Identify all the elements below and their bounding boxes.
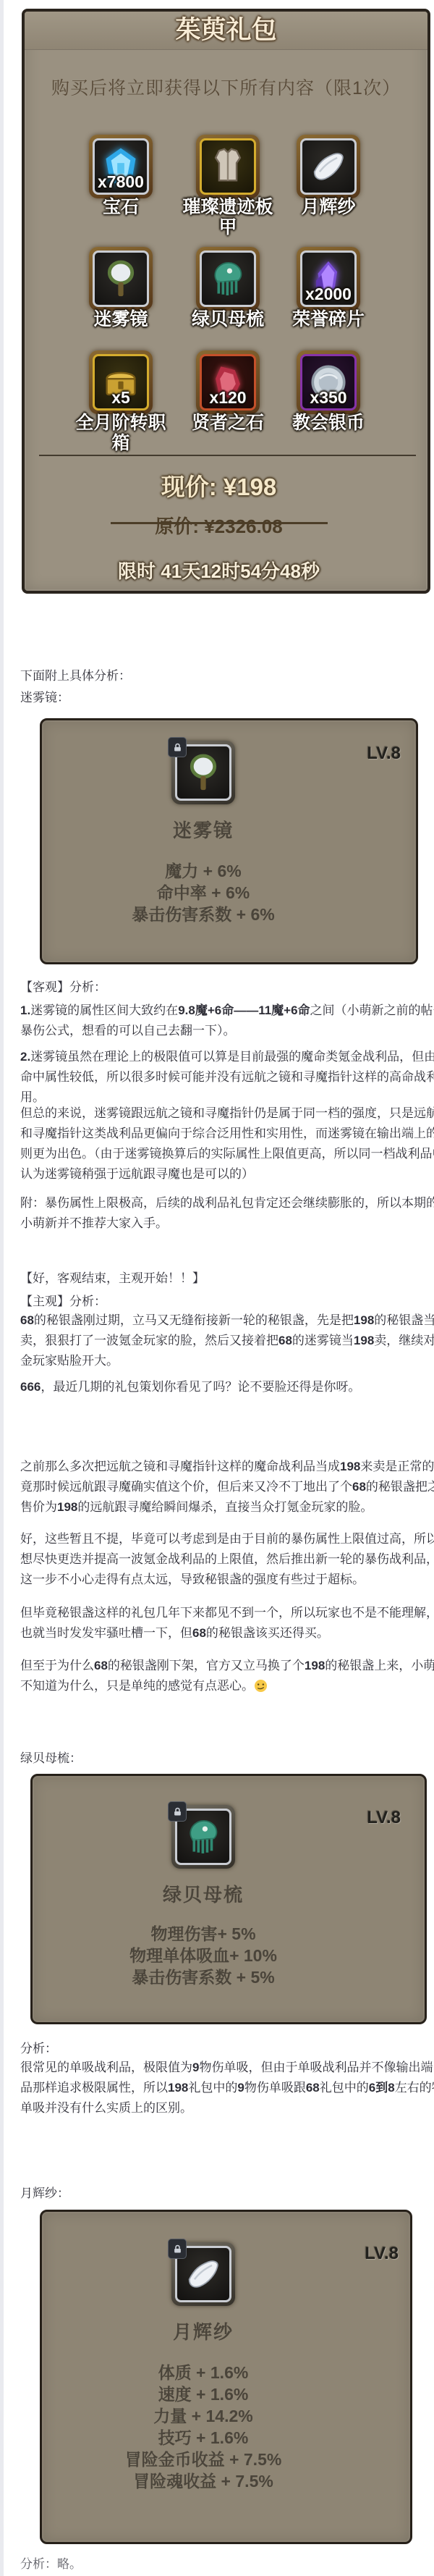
section-heading-green-comb: 绿贝母梳：: [20, 1748, 434, 1769]
gift-item-cloth[interactable]: 月辉纱: [278, 135, 379, 251]
lock-icon: [168, 737, 187, 757]
moon-veil-item-icon: [171, 2242, 235, 2306]
item-name: 迷雾镜: [71, 309, 171, 329]
item-stats: 体质 + 1.6%速度 + 1.6%力量 + 14.2%技巧 + 1.6%冒险金…: [42, 2362, 365, 2492]
smirk-emoji: [254, 1679, 268, 1693]
strikethrough-line: [111, 522, 328, 524]
section-heading-mist-mirror: 迷雾镜：: [20, 688, 434, 708]
armor-icon: [196, 135, 260, 198]
divider: [39, 455, 416, 456]
transition-heading: 【好，客观结束，主观开始！！】: [20, 1268, 434, 1289]
item-name: 全月阶转职箱: [71, 413, 171, 453]
stat-line: 技巧 + 1.6%: [42, 2427, 365, 2449]
time-limit: 限时 41天12时54分48秒: [25, 557, 413, 584]
gift-pack-screenshot[interactable]: 茱萸礼包 购买后将立即获得以下所有内容（限1次） x7800宝石璀璨遗迹板甲月辉…: [22, 9, 430, 594]
subjective-heading: 【主观】分析：: [20, 1292, 434, 1312]
stat-line: 冒险魂收益 + 7.5%: [42, 2470, 365, 2492]
stat-line: 暴击伤害系数 + 5%: [33, 1966, 374, 1988]
item-name: 绿贝母梳: [178, 309, 278, 329]
stat-line: 暴击伤害系数 + 6%: [42, 904, 365, 925]
stat-line: 体质 + 1.6%: [42, 2362, 365, 2383]
paragraph: 很常见的单吸战利品，极限值为9物伤单吸，但由于单吸战利品并不像输出端战利品那样追…: [20, 2058, 434, 2118]
item-card-green-comb[interactable]: LV.8 绿贝母梳 物理伤害+ 5%物理单体吸血+ 10%暴击伤害系数 + 5%: [30, 1774, 427, 2024]
item-stats: 物理伤害+ 5%物理单体吸血+ 10%暴击伤害系数 + 5%: [33, 1923, 374, 1988]
paragraph: 但总的来说，迷雾镜跟远航之镜和寻魔指针仍是属于同一档的强度，只是远航之镜和寻魔指…: [20, 1103, 434, 1184]
original-price-text: 原价: ¥2326.08: [155, 515, 282, 537]
gift-item-crystal[interactable]: x2000荣誉碎片: [278, 247, 379, 363]
item-name: 教会银币: [278, 413, 378, 433]
paragraph: 2.迷雾镜虽然在理论上的极限值可以算是目前最强的魔命类氪金战利品，但由于其命中属…: [20, 1047, 434, 1108]
stat-line: 物理单体吸血+ 10%: [33, 1945, 374, 1966]
item-stats: 魔力 + 6%命中率 + 6%暴击伤害系数 + 6%: [42, 860, 365, 925]
item-count: x2000: [278, 285, 379, 304]
stat-line: 速度 + 1.6%: [42, 2383, 365, 2405]
section-heading-moon-veil: 月辉纱：: [20, 2184, 434, 2204]
item-count: x7800: [70, 172, 171, 192]
paragraph: 附：暴伤属性上限极高，后续的战利品礼包肯定还会继续膨胀的，所以本期的礼包小萌新并…: [20, 1193, 434, 1234]
green-comb-item-icon: [171, 1805, 235, 1869]
item-count: x120: [177, 388, 278, 408]
paragraph: 但至于为什么68的秘银盏刚下架，官方又立马换了个198的秘银盏上来，小萌新也不知…: [20, 1656, 434, 1696]
stat-line: 物理伤害+ 5%: [33, 1923, 374, 1945]
item-name: 宝石: [71, 197, 171, 217]
paragraph: 但毕竟秘银盏这样的礼包几年下来都见不到一个，所以玩家也不是不能理解，顶多也就当时…: [20, 1603, 434, 1643]
item-name: 迷雾镜: [42, 816, 365, 843]
item-name: 绿贝母梳: [33, 1880, 374, 1907]
comb-icon: [196, 247, 260, 311]
paragraph: 666，最近几期的礼包策划你看见了吗？论不要脸还得是你呀。: [20, 1377, 434, 1397]
gift-pack-titlebar: 茱萸礼包: [25, 12, 427, 50]
gift-item-chest[interactable]: x5全月阶转职箱: [70, 350, 171, 466]
level-badge: LV.8: [367, 744, 401, 764]
item-count: x350: [278, 388, 379, 408]
gift-item-coin[interactable]: x350教会银币: [278, 350, 379, 466]
stat-line: 魔力 + 6%: [42, 860, 365, 882]
gift-item-comb[interactable]: 绿贝母梳: [177, 247, 278, 363]
gift-item-gem[interactable]: x7800宝石: [70, 135, 171, 251]
level-badge: LV.8: [365, 2244, 399, 2264]
item-name: 贤者之石: [178, 413, 278, 433]
item-name: 月辉纱: [278, 197, 378, 217]
left-edge-strip: [0, 0, 4, 2576]
stat-line: 力量 + 14.2%: [42, 2405, 365, 2427]
gift-item-stone[interactable]: x120贤者之石: [177, 350, 278, 466]
mirror-icon: [89, 247, 153, 311]
item-card-moon-veil[interactable]: LV.8 月辉纱 体质 + 1.6%速度 + 1.6%力量 + 14.2%技巧 …: [40, 2210, 412, 2544]
stat-line: 冒险金币收益 + 7.5%: [42, 2449, 365, 2470]
mist-mirror-item-icon: [171, 741, 235, 804]
item-name: 璀璨遗迹板甲: [178, 197, 278, 237]
original-price: 原价: ¥2326.08: [25, 512, 413, 539]
stat-line: 命中率 + 6%: [42, 882, 365, 904]
current-price: 现价: ¥198: [25, 468, 413, 502]
paragraph: 68的秘银盏刚过期，立马又无缝衔接新一轮的秘银盏，先是把198的秘银盏当68卖，…: [20, 1310, 434, 1371]
gift-item-mirror[interactable]: 迷雾镜: [70, 247, 171, 363]
paragraph: 1.迷雾镜的属性区间大致约在9.8魔+6命——11魔+6命之间（小萌新之前的帖子…: [20, 1001, 434, 1041]
gift-pack-title: 茱萸礼包: [25, 12, 427, 49]
item-name: 荣誉碎片: [278, 309, 378, 329]
item-count: x5: [70, 388, 171, 408]
gift-item-armor[interactable]: 璀璨遗迹板甲: [177, 135, 278, 251]
cloth-icon: [297, 135, 360, 198]
paragraph: 之前那么多次把远航之镜和寻魔指针这样的魔命战利品当成198来卖是正常的，毕竟那时…: [20, 1457, 434, 1518]
analysis-heading: 分析：: [20, 2039, 434, 2059]
gift-pack-subtitle: 购买后将立即获得以下所有内容（限1次）: [25, 74, 427, 100]
paragraph: 好，这些暂且不提，毕竟可以考虑到是由于目前的暴伤属性上限值过高，所以官方想尽快更…: [20, 1529, 434, 1590]
item-card-mist-mirror[interactable]: LV.8 迷雾镜 魔力 + 6%命中率 + 6%暴击伤害系数 + 6%: [40, 718, 418, 964]
post-page: 茱萸礼包 购买后将立即获得以下所有内容（限1次） x7800宝石璀璨遗迹板甲月辉…: [0, 0, 434, 2576]
article-intro: 下面附上具体分析：: [20, 666, 434, 686]
lock-icon: [168, 2239, 187, 2259]
objective-heading: 【客观】分析：: [20, 977, 434, 998]
lock-icon: [168, 1801, 187, 1822]
analysis-skipped-note: 分析：略。: [20, 2554, 434, 2575]
item-name: 月辉纱: [42, 2318, 365, 2344]
